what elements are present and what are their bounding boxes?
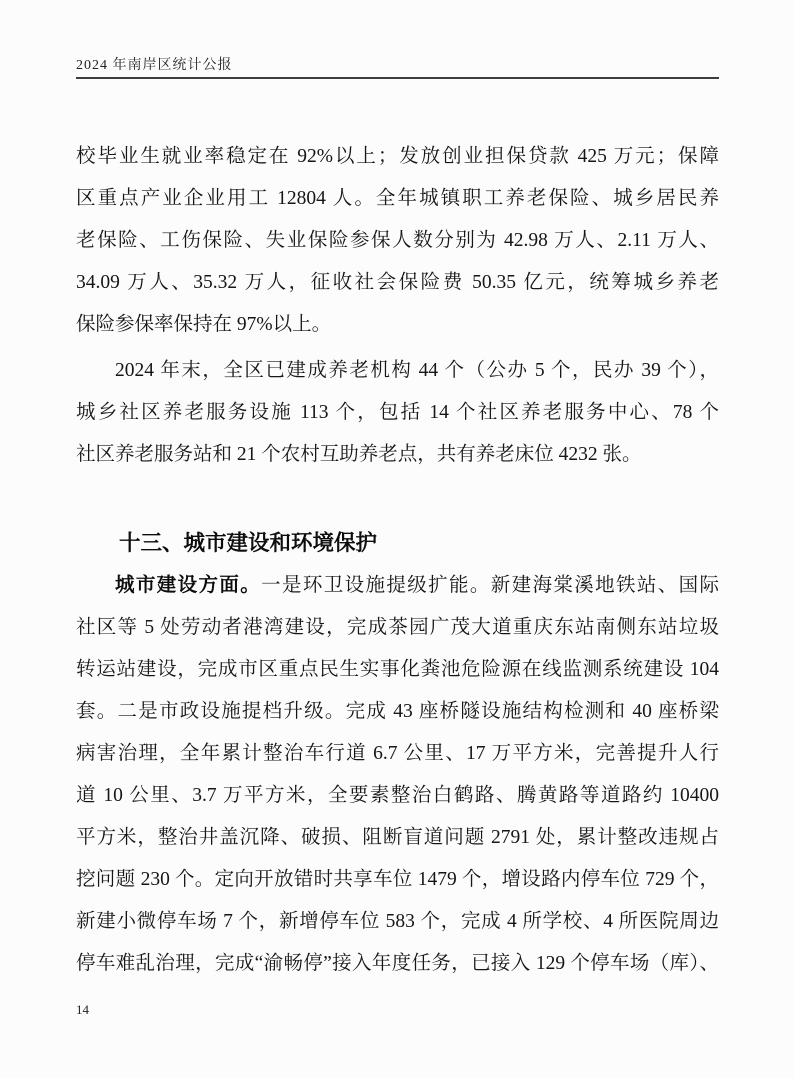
section-heading: 十三、城市建设和环境保护 [76,522,719,564]
text-line: 社区养老服务站和 21 个农村互助养老点，共有养老床位 4232 张。 [76,434,719,476]
text-line: 道 10 公里、3.7 万平方米，全要素整治白鹤路、腾黄路等道路约 10400 [76,775,719,817]
paragraph-employment-social-insurance: 校毕业生就业率稳定在 92%以上；发放创业担保贷款 425 万元；保障 区重点产… [76,136,719,346]
text-line: 挖问题 230 个。定向开放错时共享车位 1479 个，增设路内停车位 729 … [76,859,719,901]
text-line: 平方米，整治井盖沉降、破损、阻断盲道问题 2791 处，累计整改违规占 [76,817,719,859]
text-run: 一是环卫设施提级扩能。新建海棠溪地铁站、国际 [261,575,719,596]
text-line: 区重点产业企业用工 12804 人。全年城镇职工养老保险、城乡居民养 [76,178,719,220]
paragraph-urban-construction: 城市建设方面。一是环卫设施提级扩能。新建海棠溪地铁站、国际 社区等 5 处劳动者… [76,564,719,985]
text-line: 病害治理，全年累计整治车行道 6.7 公里、17 万平方米，完善提升人行 [76,733,719,775]
text-line: 校毕业生就业率稳定在 92%以上；发放创业担保贷款 425 万元；保障 [76,136,719,178]
running-head-title: 2024 年南岸区统计公报 [76,54,233,74]
text-line: 社区等 5 处劳动者港湾建设，完成茶园广茂大道重庆东站南侧东站垃圾 [76,607,719,649]
paragraph-lead-bold: 城市建设方面。 [115,574,261,596]
text-line: 城乡社区养老服务设施 113 个，包括 14 个社区养老服务中心、78 个 [76,392,719,434]
text-line: 新建小微停车场 7 个，新增停车位 583 个，完成 4 所学校、4 所医院周边 [76,901,719,943]
text-line: 停车难乱治理，完成“渝畅停”接入年度任务，已接入 129 个停车场（库）、 [76,943,719,985]
text-line: 34.09 万人、35.32 万人，征收社会保险费 50.35 亿元，统筹城乡养… [76,262,719,304]
text-line: 转运站建设，完成市区重点民生实事化粪池危险源在线监测系统建设 104 [76,649,719,691]
document-page: 2024 年南岸区统计公报 校毕业生就业率稳定在 92%以上；发放创业担保贷款 … [0,0,794,1078]
paragraph-elderly-care: 2024 年末，全区已建成养老机构 44 个（公办 5 个，民办 39 个）， … [76,350,719,476]
page-number: 14 [76,1002,89,1018]
text-line: 套。二是市政设施提档升级。完成 43 座桥隧设施结构检测和 40 座桥梁 [76,691,719,733]
document-body: 校毕业生就业率稳定在 92%以上；发放创业担保贷款 425 万元；保障 区重点产… [76,136,719,985]
text-line: 保险参保率保持在 97%以上。 [76,304,719,346]
text-line: 2024 年末，全区已建成养老机构 44 个（公办 5 个，民办 39 个）， [76,350,719,392]
text-line: 老保险、工伤保险、失业保险参保人数分别为 42.98 万人、2.11 万人、 [76,220,719,262]
text-line: 城市建设方面。一是环卫设施提级扩能。新建海棠溪地铁站、国际 [76,564,719,607]
header-rule [76,77,719,79]
